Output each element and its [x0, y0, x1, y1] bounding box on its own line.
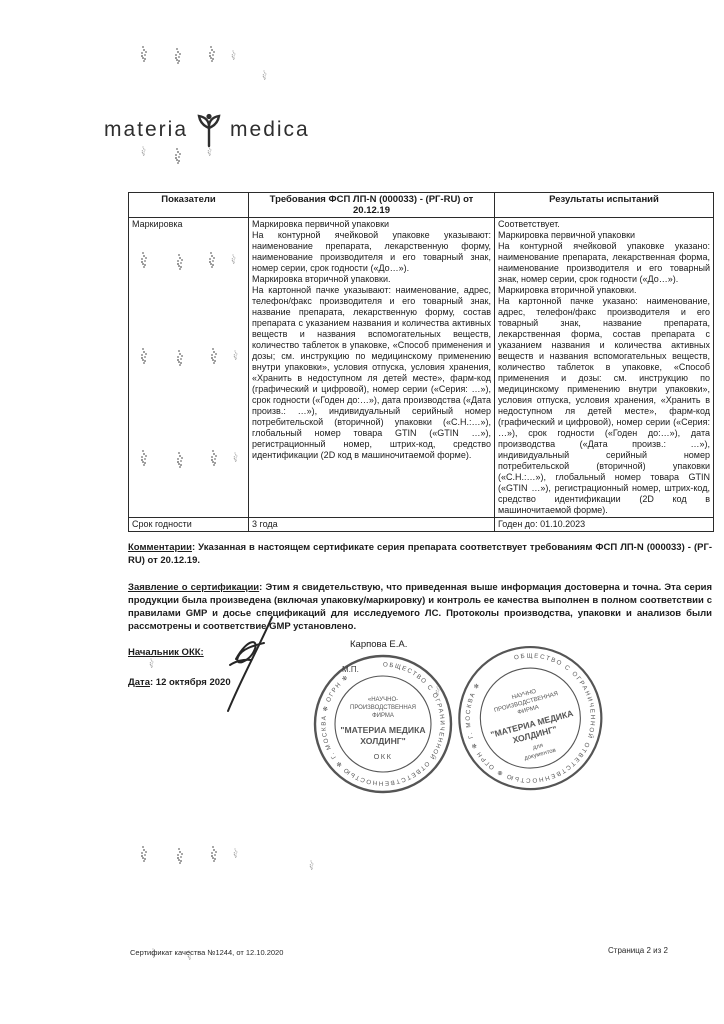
date-value: : 12 октября 2020: [150, 677, 231, 688]
scan-artifact: [210, 46, 212, 48]
certificate-page: materia medica Показатели Требования ФСП…: [0, 0, 724, 1024]
table-header-row: Показатели Требования ФСП ЛП-N (000033) …: [129, 193, 714, 218]
result-paragraph: На картонной пачке указано: наименование…: [498, 296, 710, 516]
indicator-shelf-life: Срок годности: [129, 518, 249, 532]
page-number: Страница 2 из 2: [608, 946, 668, 955]
certificate-number-footer: Сертификат качества №1244, от 12.10.2020: [130, 948, 283, 957]
requirement-paragraph: На картонной пачке указывают: наименован…: [252, 285, 491, 461]
date-label: Дата: [128, 677, 150, 688]
table-row-shelf-life: Срок годности 3 года Годен до: 01.10.202…: [129, 518, 714, 532]
qc-chief-name: Карпова Е.А.: [350, 639, 407, 650]
sprout-bud: [206, 114, 211, 119]
result-marking-cell: Соответствует. Маркировка первичной упак…: [495, 218, 714, 518]
comments-paragraph: Комментарии: Указанная в настоящем серти…: [128, 541, 712, 567]
handwritten-signature: [194, 615, 304, 715]
date-line: Дата: 12 октября 2020: [128, 677, 231, 688]
signature-and-stamps: Начальник ОКК: Карпова Е.А. Дата: 12 окт…: [128, 639, 714, 939]
result-shelf-life: Годен до: 01.10.2023: [495, 518, 714, 532]
comments-label: Комментарии: [128, 542, 192, 553]
scan-artifact: [176, 48, 178, 50]
col-header-indicators: Показатели: [129, 193, 249, 218]
stamp-line: «НАУЧНО-: [368, 697, 398, 703]
col-header-requirements: Требования ФСП ЛП-N (000033) - (РГ-RU) о…: [249, 193, 495, 218]
requirement-paragraph: На контурной ячейковой упаковке указываю…: [252, 230, 491, 274]
result-paragraph: Маркировка первичной упаковки: [498, 230, 710, 241]
scan-artifact: [232, 50, 233, 51]
scan-artifact: [263, 70, 264, 71]
stamp-ring-text: ОБЩЕСТВО С ОГРАНИЧЕННОЙ ОТВЕТСТВЕННОСТЬЮ…: [320, 661, 445, 786]
requirement-shelf-life: 3 года: [249, 518, 495, 532]
scan-artifact: [176, 148, 178, 150]
company-stamp-okk: ОБЩЕСТВО С ОГРАНИЧЕННОЙ ОТВЕТСТВЕННОСТЬЮ…: [312, 653, 454, 800]
certificate-body: Показатели Требования ФСП ЛП-N (000033) …: [128, 192, 714, 939]
comments-text: : Указанная в настоящем сертификате сери…: [128, 542, 712, 566]
logo-word-left: materia: [104, 118, 188, 142]
stamp-line: ФИРМА: [372, 713, 394, 719]
result-paragraph: Соответствует.: [498, 219, 710, 230]
result-paragraph: На контурной ячейковой упаковке указано:…: [498, 241, 710, 285]
statement-label: Заявление о сертификации: [128, 582, 259, 593]
sprout-icon: [195, 112, 223, 148]
scan-artifact: [142, 46, 144, 48]
col-header-results: Результаты испытаний: [495, 193, 714, 218]
result-paragraph: Маркировка вторичной упаковки.: [498, 285, 710, 296]
stamp-line: ПРОИЗВОДСТВЕННАЯ: [350, 705, 416, 711]
stamp-line: ХОЛДИНГ": [360, 736, 405, 746]
materia-medica-logo: materia medica: [104, 112, 310, 148]
stamp-line: документов: [524, 748, 557, 762]
indicator-marking: Маркировка: [129, 218, 249, 518]
requirement-paragraph: Маркировка первичной упаковки: [252, 219, 491, 230]
stamp-line: ОКК: [374, 752, 393, 761]
spec-results-table: Показатели Требования ФСП ЛП-N (000033) …: [128, 192, 714, 532]
company-stamp-documents: ОБЩЕСТВО С ОГРАНИЧЕННОЙ ОТВЕТСТВЕННОСТЬЮ…: [438, 626, 623, 815]
requirement-marking-cell: Маркировка первичной упаковки На контурн…: [249, 218, 495, 518]
stamp-line: "МАТЕРИА МЕДИКА: [340, 725, 425, 735]
logo-word-right: medica: [230, 118, 310, 142]
table-row-marking: Маркировка Маркировка первичной упаковки…: [129, 218, 714, 518]
requirement-paragraph: Маркировка вторичной упаковки.: [252, 274, 491, 285]
qc-chief-label: Начальник ОКК:: [128, 647, 204, 658]
